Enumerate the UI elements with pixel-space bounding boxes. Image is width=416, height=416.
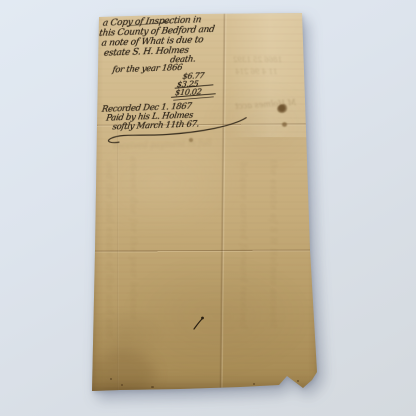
edge-speckle	[253, 383, 255, 385]
document-paper: 1866 25 1392 11 4 96 214 M Holmes acct a…	[91, 12, 319, 392]
photo-background: 1866 25 1392 11 4 96 214 M Holmes acct a…	[0, 0, 416, 416]
handwriting-block: a Copy of Inspection in this County of B…	[97, 12, 264, 159]
corner-shading	[91, 350, 155, 392]
ghost-impression: balance carried forward received	[239, 162, 248, 372]
ink-flourish	[97, 12, 264, 159]
middle-fold-crease	[91, 249, 319, 253]
ink-mark	[193, 315, 207, 331]
edge-speckle	[121, 384, 123, 386]
edge-speckle	[297, 380, 299, 382]
paper-sheet: 1866 25 1392 11 4 96 214 M Holmes acct a…	[91, 12, 319, 392]
edge-speckle	[151, 386, 154, 388]
ghost-impression: amount due for the year balance	[129, 157, 138, 382]
brown-stain-blot	[276, 103, 289, 115]
ghost-impression: the estate of S H Holmes account	[269, 160, 278, 375]
edge-speckle	[110, 378, 112, 380]
ghost-impression: and the said estate of the said sum	[105, 162, 114, 382]
